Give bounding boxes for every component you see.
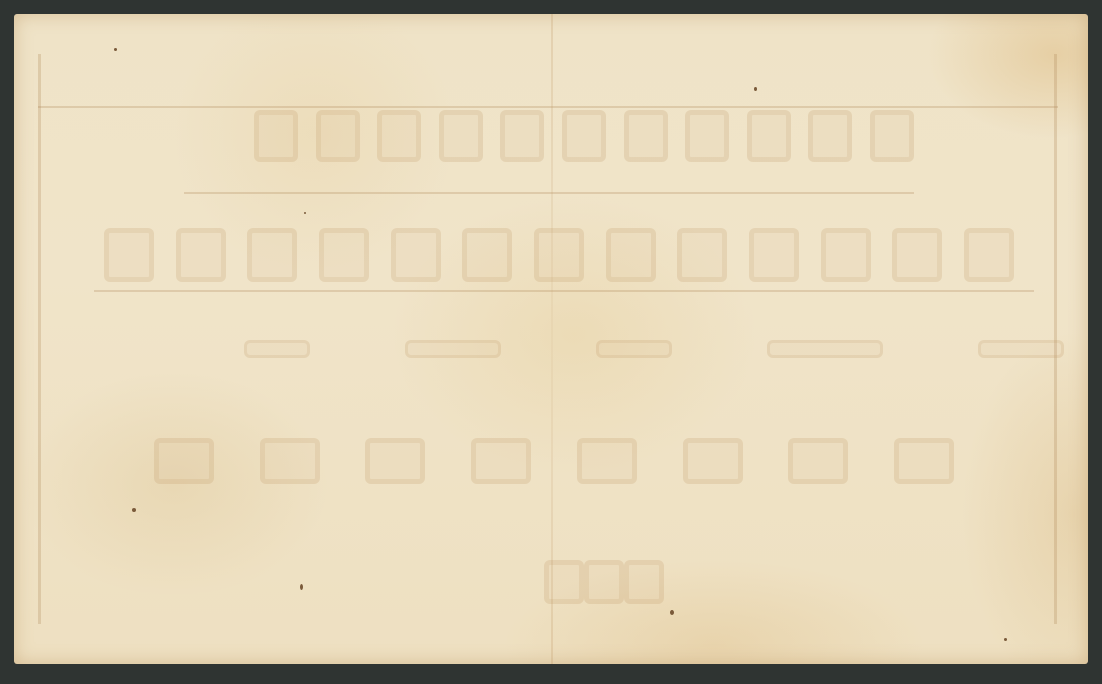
ghost-text-row-title [254, 112, 914, 162]
speck [114, 48, 117, 51]
ghost-frame-left [38, 54, 41, 624]
speck [132, 508, 136, 512]
ghost-text-row-2 [104, 232, 1014, 282]
speck [304, 212, 306, 214]
ghost-frame-right [1054, 54, 1057, 624]
ghost-rule-1 [184, 192, 914, 194]
speck [300, 584, 303, 590]
ghost-text-row-denomination [154, 434, 954, 484]
speck [1004, 638, 1007, 641]
ghost-serial-number [544, 564, 664, 604]
ghost-rule-2 [94, 290, 1034, 292]
paper-fold-crease [551, 14, 553, 664]
speck [754, 87, 757, 91]
speck [670, 610, 674, 615]
ghost-frame-top [38, 106, 1058, 108]
ghost-text-row-small [244, 340, 1064, 358]
